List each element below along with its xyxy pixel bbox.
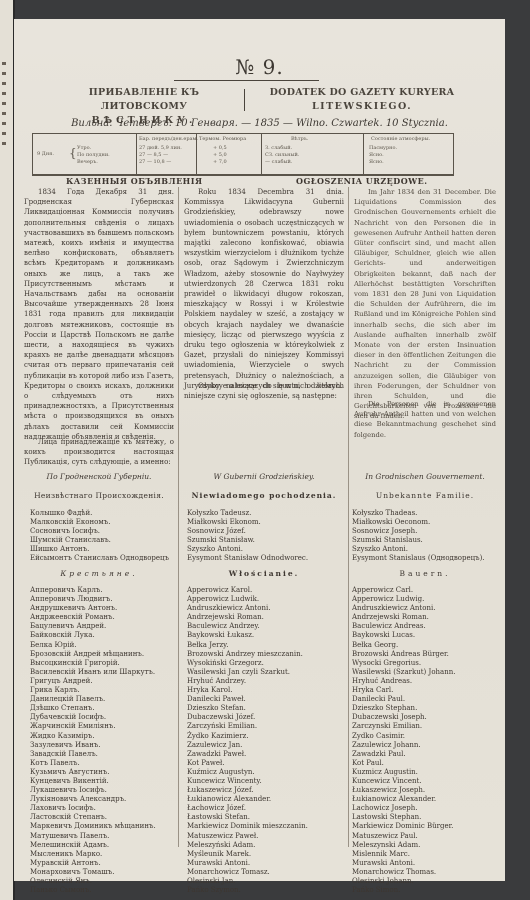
german-subheading: In Grodnischen Gouvernement. — [354, 472, 496, 481]
german-group2-title: Bauern. — [354, 569, 496, 578]
list-item: Meleszyński Adam. — [187, 841, 308, 850]
list-item: Danilecki Paweł. — [187, 695, 308, 704]
margin-mark — [2, 122, 6, 125]
list-item: Брозовскій Андрей мѣщанинъ. — [30, 650, 156, 659]
list-item: Andruszkiewicz Antoni. — [187, 604, 308, 613]
title-polish-line2: LITEWSKIEGO. — [262, 100, 462, 114]
list-item: Zydko Casimir. — [352, 732, 455, 741]
list-item: Dzieszko Stefan. — [187, 704, 308, 713]
margin-mark — [2, 72, 6, 75]
list-item: Mislennik Marc. — [352, 850, 455, 859]
list-item: Сосновичъ Іосифъ. — [30, 527, 169, 536]
list-item: Miałkowski Oeconom. — [352, 518, 485, 527]
weather-barometer-1: 27 — 8,5 — — [139, 152, 168, 159]
list-item: Baculewicz Andrzey. — [187, 622, 308, 631]
list-item: Котъ Павелъ. — [30, 759, 156, 768]
list-item: Kot Paweł. — [187, 759, 308, 768]
polish-group1-list: Kołyszko Tadeusz. Miałkowski Ekonom. Sos… — [187, 509, 308, 564]
list-item: Łukaszewicz Józef. — [187, 786, 308, 795]
list-item: Андрушкевичъ Антонъ. — [30, 604, 156, 613]
list-item: Brozowski Andreas Bürger. — [352, 650, 455, 659]
list-item: Łukaszewicz Joseph. — [352, 786, 455, 795]
list-item: Wasilewski (Szarkut) Johann. — [352, 668, 455, 677]
russian-group2-list: Апперовичъ Карлъ. Апперовичъ Людвигъ. Ан… — [30, 586, 156, 895]
weather-atmo-0: Пасмурно. — [369, 145, 397, 152]
column-rule — [178, 187, 179, 847]
list-item: Kuzmicz Augustin. — [352, 768, 455, 777]
list-item: Kuźmicz Augustyn. — [187, 768, 308, 777]
weather-time-0: Утро. — [77, 145, 91, 152]
heading-russian: КАЗЕННЫЯ ОБЪЯВЛЕНІЯ — [66, 176, 203, 186]
list-item: Lastowski Stephan. — [352, 813, 455, 822]
title-divider — [244, 89, 245, 111]
list-item: Dubaczewski Józef. — [187, 713, 308, 722]
list-item: Wysokiński Grzegorz. — [187, 659, 308, 668]
list-item: Апперовичъ Людвигъ. — [30, 595, 156, 604]
list-item: Lachowicz Joseph. — [352, 804, 455, 813]
weather-thermo-0: + 0,5 — [213, 145, 227, 152]
list-item: Колышко Фадѣй. — [30, 509, 169, 518]
weather-barometer-0: 27 дюй. 5,9 лин. — [139, 145, 182, 152]
list-item: Лукашевичъ Іосифъ. — [30, 786, 156, 795]
margin-mark — [2, 132, 6, 135]
german-group1-title: Unbekannte Familie. — [354, 491, 496, 500]
list-item: Ластовскій Степанъ. — [30, 813, 156, 822]
list-item: Hryhuć Andrzey. — [187, 677, 308, 686]
list-item: Шишко Антонъ. — [30, 545, 169, 554]
list-item: Ейсымонтъ Станиславъ Однодворецъ — [30, 554, 169, 563]
list-item: Завадскій Павелъ. — [30, 750, 156, 759]
list-item: Żydko Kazimierz. — [187, 732, 308, 741]
col-divider — [363, 134, 364, 174]
newspaper-page: № 9. ПРИБАВЛЕНІЕ КЪ ЛИТОВСКОМУ ВѢСТНИКУ.… — [14, 19, 505, 881]
list-item: Monarchowicz Thomas. — [352, 868, 455, 877]
list-item: Dubaczewski Joseph. — [352, 713, 455, 722]
column-rule — [348, 187, 349, 847]
list-item: Zarczynski Emilian. — [352, 722, 455, 731]
weather-day-label: 9 Дня. — [37, 151, 54, 158]
margin-mark — [2, 92, 6, 95]
list-item: Kuncewicz Wincenty. — [187, 777, 308, 786]
list-item: Bełka Jerzy. — [187, 641, 308, 650]
list-item: Myśleunik Marek. — [187, 850, 308, 859]
list-item: Szumski Stanislaus. — [352, 536, 485, 545]
list-item: Дубачевскій Іосифъ. — [30, 713, 156, 722]
list-item: Wasilewski Jan czyli Szarkut. — [187, 668, 308, 677]
margin-mark — [2, 142, 6, 145]
margin-mark — [2, 112, 6, 115]
list-item: Kołyszko Thadeas. — [352, 509, 485, 518]
list-item: Мелешинскій Адамъ. — [30, 841, 156, 850]
list-item: Miałkowski Ekonom. — [187, 518, 308, 527]
list-item: Байковскій Лука. — [30, 631, 156, 640]
list-item: Szumski Stanisław. — [187, 536, 308, 545]
list-item: Wysocki Gregorius. — [352, 659, 455, 668]
list-item: Zawadzki Paweł. — [187, 750, 308, 759]
weather-atmo-2: Ясно. — [369, 159, 384, 166]
weather-table: 9 Дня. { Утро. По полудни. Вечеръ. Бар. … — [32, 133, 454, 176]
weather-atmo-1: Ясно. — [369, 152, 384, 159]
list-item: Zazulewicz Johann. — [352, 741, 455, 750]
list-item: Szyszko Antoni. — [187, 545, 308, 554]
russian-group1-list: Колышко Фадѣй. Малковскій Економъ. Сосно… — [30, 509, 169, 564]
list-item: Шумскій Станиславъ. — [30, 536, 169, 545]
list-item: Andruszkiewicz Antoni. — [352, 604, 455, 613]
list-item: Бацулевичъ Андрей. — [30, 622, 156, 631]
list-item: Малковскій Економъ. — [30, 518, 169, 527]
weather-wind-2: — слабый. — [265, 159, 292, 166]
list-item: Лаховичъ Іосифъ. — [30, 804, 156, 813]
list-item: Monarchowicz Tomasz. — [187, 868, 308, 877]
list-item: Жидко Казиміръ. — [30, 732, 156, 741]
list-item: Hryka Karol. — [187, 686, 308, 695]
list-item: Murawski Antoni. — [352, 859, 455, 868]
russian-announcement: 1834 Года Декабря 31 дня. Гродненская Гу… — [24, 187, 174, 442]
col-divider — [136, 134, 137, 174]
list-item: Жарчинскій Емиліянъ. — [30, 722, 156, 731]
list-item: Markiewicz Dominik mieszczanin. — [187, 822, 308, 831]
margin-mark — [2, 102, 6, 105]
margin-mark — [2, 82, 6, 85]
list-item: Григуцъ Андрей. — [30, 677, 156, 686]
list-item: Andrzejewski Roman. — [187, 613, 308, 622]
list-item: Матушевичъ Павелъ. — [30, 832, 156, 841]
polish-group2-list: Apperowicz Karol. Apperowicz Ludwik. And… — [187, 586, 308, 895]
polish-announcement: Roku 1834 Decembra 31 dnia. Kommissya Li… — [184, 187, 344, 391]
list-item: Sosnowicz Joseph. — [352, 527, 485, 536]
list-item: Мысленикъ Марко. — [30, 850, 156, 859]
list-item: Муравскій Антонъ. — [30, 859, 156, 868]
list-item: Baculewicz Andreas. — [352, 622, 455, 631]
list-item: Apperowicz Ludwig. — [352, 595, 455, 604]
title-polish-line1: DODATEK DO GAZETY KURYERA — [262, 86, 462, 100]
weather-wind-0: З. слабый. — [265, 145, 292, 152]
list-item: Белка Юрій. — [30, 641, 156, 650]
weather-thermo-1: + 5,0 — [213, 152, 227, 159]
list-item: Апперовичъ Карлъ. — [30, 586, 156, 595]
list-item: Kołyszko Tadeusz. — [187, 509, 308, 518]
polish-subheading: W Gubernii Grodzieńskiey. — [184, 472, 344, 481]
list-item: Грика Карлъ. — [30, 686, 156, 695]
list-item: Baykowski Łukasz. — [187, 631, 308, 640]
weather-wind-1: СЗ. сильный. — [265, 152, 299, 159]
list-item: Высоцкинскій Григорій. — [30, 659, 156, 668]
list-item: Лукіяновичъ Александръ. — [30, 795, 156, 804]
list-item: Pańko Simon. — [352, 886, 455, 895]
divider — [174, 80, 319, 81]
german-announcement: Im Jahr 1834 den 31 December. Die Liquid… — [354, 187, 496, 422]
list-item: Brozowski Andrzey mieszczanin. — [187, 650, 308, 659]
list-item: Дзѣшко Степанъ. — [30, 704, 156, 713]
russian-intro: Лица принадлежащіе къ мятежу, о коихъ пр… — [24, 437, 174, 468]
title-polish: DODATEK DO GAZETY KURYERA LITEWSKIEGO. — [262, 86, 462, 114]
list-item: Zarczyński Emilian. — [187, 722, 308, 731]
weather-header-barometer: Бар. передъ/ден.ерам. — [139, 136, 198, 142]
list-item: Kuncewicz Vincent. — [352, 777, 455, 786]
list-item: Olesinski Johann. — [352, 877, 455, 886]
list-item: Bełka Georg. — [352, 641, 455, 650]
polish-group1-title: Niewiadomego pochodzenia. — [184, 491, 344, 500]
col-divider — [196, 134, 197, 174]
list-item: Kot Paul. — [352, 759, 455, 768]
list-item: Murawski Antoni. — [187, 859, 308, 868]
russian-group1-title: Неизвѣстнаго Происхожденія. — [24, 491, 174, 500]
russian-group2-title: Крестьяне. — [24, 569, 174, 578]
list-item: Dzieszko Stephan. — [352, 704, 455, 713]
weather-header-thermometer: Термом. Реомюра — [199, 136, 246, 142]
list-item: Hryhuć Andreas. — [352, 677, 455, 686]
weather-header-atmosphere: Состояніе атмосферы. — [371, 136, 430, 142]
list-item: Олесинскій Янъ. — [30, 877, 156, 886]
polish-intro: Osoby należące do buntu, o których ninie… — [184, 381, 344, 401]
list-item: Pańko Szymon. — [187, 886, 308, 895]
issue-number: № 9. — [14, 55, 505, 79]
brace: { — [69, 144, 77, 162]
list-item: Панько Сымонъ. — [30, 886, 156, 895]
list-item: Markiewicz Dominic Bürger. — [352, 822, 455, 831]
weather-barometer-2: 27 — 10,8 — — [139, 159, 171, 166]
heading-polish: OGŁOSZENIA URZĘDOWE. — [296, 176, 428, 186]
weather-time-1: По полудни. — [77, 152, 110, 159]
list-item: Baykowski Lucas. — [352, 631, 455, 640]
title-russian-line1: ПРИБАВЛЕНІЕ КЪ ЛИТОВСКОМУ — [44, 86, 244, 114]
list-item: Andrzejewski Roman. — [352, 613, 455, 622]
previous-page-edge — [0, 0, 15, 900]
polish-group2-title: Włościanie. — [184, 569, 344, 578]
list-item: Hryka Carl. — [352, 686, 455, 695]
list-item: Зазулевичъ Иванъ. — [30, 741, 156, 750]
list-item: Meleszynski Adam. — [352, 841, 455, 850]
list-item: Łastowski Stefan. — [187, 813, 308, 822]
list-item: Apperowicz Carl. — [352, 586, 455, 595]
list-item: Apperowicz Karol. — [187, 586, 308, 595]
list-item: Василевскій Иванъ или Шаркутъ. — [30, 668, 156, 677]
dateline: Вильна. Четвергъ. 10 Генваря. — 1835 — W… — [14, 118, 505, 129]
weather-time-2: Вечеръ. — [77, 159, 98, 166]
russian-subheading: По Гродненской Губерніи. — [24, 472, 174, 481]
list-item: Кузьмичъ Августинъ. — [30, 768, 156, 777]
list-item: Olesinski Jan. — [187, 877, 308, 886]
list-item: Łachowicz Józef. — [187, 804, 308, 813]
scan-background — [505, 0, 530, 900]
german-group2-list: Apperowicz Carl. Apperowicz Ludwig. Andr… — [352, 586, 455, 895]
list-item: Монарховичъ Томашъ. — [30, 868, 156, 877]
weather-thermo-2: + 7,0 — [213, 159, 227, 166]
german-group1-list: Kołyszko Thadeas. Miałkowski Oeconom. So… — [352, 509, 485, 564]
list-item: Кунцевичъ Викентій. — [30, 777, 156, 786]
col-divider — [261, 134, 262, 174]
german-intro: Die Personen die in gewesenen Aufruhr An… — [354, 399, 496, 440]
list-item: Matuszewicz Paul. — [352, 832, 455, 841]
list-item: Zazulewicz Jan. — [187, 741, 308, 750]
list-item: Данилецкій Павелъ. — [30, 695, 156, 704]
list-item: Łukianowicz Alexander. — [352, 795, 455, 804]
list-item: Apperowicz Ludwik. — [187, 595, 308, 604]
list-item: Sosnowicz Józef. — [187, 527, 308, 536]
list-item: Szyszko Antoni. — [352, 545, 485, 554]
weather-header-wind: Вѣтръ. — [291, 136, 308, 142]
list-item: Matuszewicz Paweł. — [187, 832, 308, 841]
list-item: Zawadzki Paul. — [352, 750, 455, 759]
list-item: Маркевичъ Доминикъ мѣщанинъ. — [30, 822, 156, 831]
margin-mark — [2, 62, 6, 65]
list-item: Łukianowicz Alexander. — [187, 795, 308, 804]
list-item: Андржеевскій Романъ. — [30, 613, 156, 622]
list-item: Danilecki Paul. — [352, 695, 455, 704]
list-item: Eysymont Stanislaus (Однодворецъ). — [352, 554, 485, 563]
list-item: Eysymont Stanisław Odnodworec. — [187, 554, 308, 563]
